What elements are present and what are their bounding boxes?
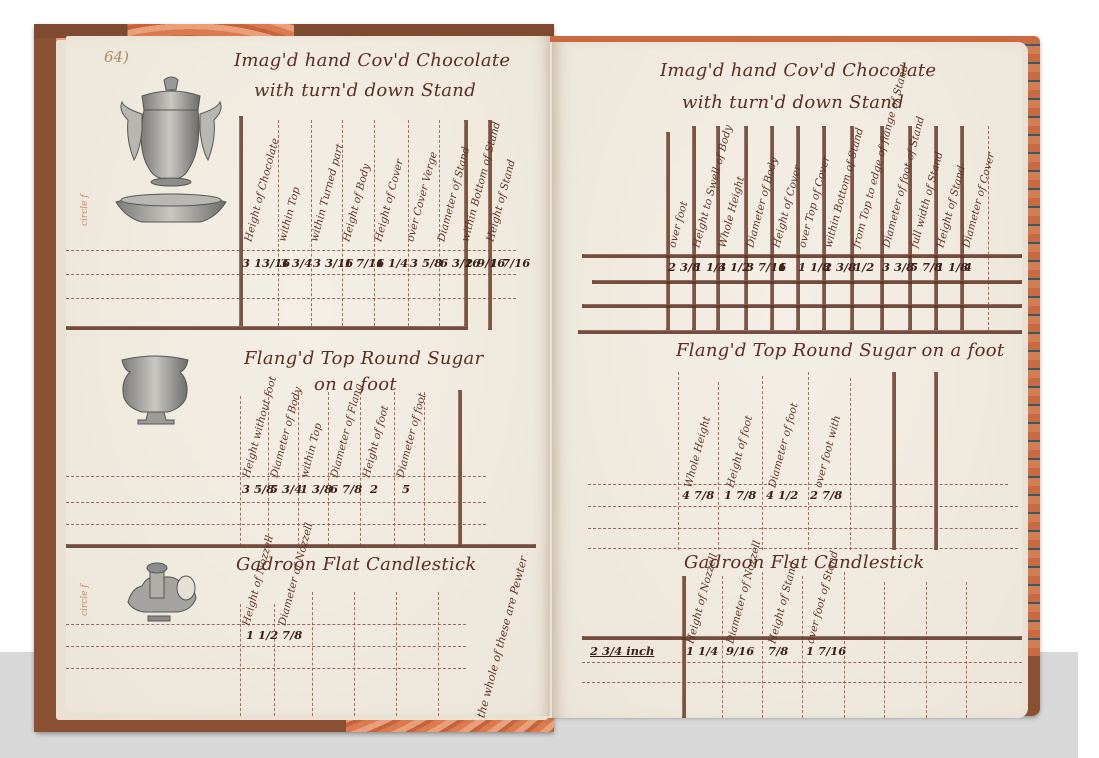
section-subtitle: with turn'd down Stand — [254, 80, 476, 101]
column-header: Height of Chocolate — [243, 137, 281, 243]
measurement-value: 5 3/4 — [270, 482, 302, 496]
measurement-value: 2 7/8 — [810, 488, 842, 502]
grid-line — [762, 376, 763, 550]
section-subtitle: with turn'd down Stand — [682, 92, 904, 113]
left-page: 64) circle f circle f Imag'd hand Cov'd … — [66, 36, 550, 716]
measurement-value: 4 — [964, 260, 972, 274]
grid-line — [678, 372, 679, 550]
column-header: within Top — [277, 186, 302, 243]
rule-line — [66, 250, 516, 251]
grid-line — [360, 392, 361, 546]
rule-line — [582, 304, 1022, 308]
rule-line — [588, 484, 1008, 485]
rule-line — [66, 274, 516, 275]
grid-line — [312, 592, 313, 716]
column-header: Height of Nozzell — [241, 534, 276, 627]
margin-note: circle f — [80, 584, 90, 616]
measurement-value: 3 3/4 — [280, 256, 312, 270]
rule-line — [588, 528, 1018, 529]
grid-line — [374, 120, 375, 326]
measurement-value: 1 7/8 — [724, 488, 756, 502]
grid-line — [298, 392, 299, 546]
measurement-value: 1 3/8 — [300, 482, 332, 496]
grid-line — [802, 576, 803, 718]
grid-line — [394, 392, 395, 546]
column-header: Whole Height — [683, 415, 713, 489]
rule-line — [66, 502, 486, 503]
grid-line — [722, 576, 723, 718]
rule-line — [66, 524, 486, 525]
side-note: the whole of these are Pewter — [475, 555, 529, 719]
grid-line — [328, 392, 329, 546]
measurement-value: 1/2 — [854, 260, 874, 274]
measurement-value: 2 3/8 — [824, 260, 856, 274]
row-label: 2 3/4 inch — [590, 644, 654, 658]
grid-line — [424, 392, 425, 546]
measurement-value: 3 5/8 — [410, 256, 442, 270]
rule-line — [582, 636, 1022, 640]
measurement-value: 7/8 — [282, 628, 302, 642]
column-header: within Top — [299, 422, 324, 479]
grid-line — [850, 378, 851, 550]
sugar-bowl-illustration — [116, 354, 196, 428]
column-header: over Cover Verge — [405, 151, 440, 243]
grid-line — [796, 126, 800, 330]
grid-line — [396, 592, 397, 716]
grid-line — [960, 126, 964, 330]
measurement-value: 2 — [370, 482, 378, 496]
grid-line — [458, 390, 462, 546]
grid-line — [718, 382, 719, 550]
grid-line — [239, 116, 243, 326]
column-header: over foot — [667, 200, 690, 249]
rule-line — [66, 298, 516, 299]
grid-line — [762, 572, 763, 718]
section-title: Gadroon Flat Candlestick — [236, 554, 477, 575]
measurement-value: 4 1/2 — [766, 488, 798, 502]
margin-note: circle f — [80, 194, 90, 226]
column-header: Diameter of foot — [767, 402, 800, 489]
grid-line — [884, 582, 885, 718]
measurement-value: 1 7/16 — [806, 644, 846, 658]
section-title: Flang'd Top Round Sugar — [244, 348, 483, 369]
rule-line — [582, 662, 1022, 663]
measurement-value: 1 — [778, 260, 786, 274]
column-header: Whole Height — [717, 175, 747, 249]
grid-line — [966, 582, 967, 718]
left-leather-edge — [34, 24, 56, 732]
measurement-value: 1 1/2 — [246, 628, 278, 642]
column-header: Height of foot — [361, 405, 391, 479]
grid-line — [934, 372, 938, 550]
column-header: Height of foot — [725, 415, 755, 489]
rule-line — [66, 646, 466, 647]
measurement-value: 9/16 — [726, 644, 754, 658]
section-title: Flang'd Top Round Sugar on a foot — [676, 340, 1004, 361]
grid-line — [354, 592, 355, 716]
column-header: Height of Stand — [767, 561, 799, 645]
column-header: within Turned part — [309, 143, 346, 243]
rule-line — [66, 624, 466, 625]
rule-line — [592, 280, 1022, 284]
column-header: Height of Body — [341, 163, 372, 243]
rule-line — [66, 326, 468, 330]
column-header: Diameter of Cover — [961, 151, 997, 249]
section-title: Gadroon Flat Candlestick — [684, 552, 925, 573]
measurement-value: 1 1/4 — [686, 644, 718, 658]
rule-line — [66, 668, 466, 669]
section-title: Imag'd hand Cov'd Chocolate — [234, 50, 510, 71]
measurement-value: 7/8 — [768, 644, 788, 658]
right-page: Imag'd hand Cov'd Chocolate with turn'd … — [552, 42, 1022, 718]
rule-line — [582, 254, 1022, 258]
candlestick-illustration — [124, 562, 204, 626]
measurement-value: 4 7/8 — [682, 488, 714, 502]
column-header: over foot with — [813, 414, 843, 489]
measurement-value: 6 7/8 — [330, 482, 362, 496]
measurement-value: 1 1/4 — [376, 256, 408, 270]
column-header: Height of Cover — [373, 158, 406, 243]
rule-line — [578, 330, 1022, 334]
grid-line — [438, 592, 439, 716]
grid-line — [744, 126, 748, 330]
chocolate-pot-illustration — [106, 74, 236, 234]
grid-line — [926, 582, 927, 718]
grid-line — [808, 372, 809, 550]
page-number: 64) — [104, 48, 129, 66]
rule-line — [588, 506, 1018, 507]
measurement-value: 1 7/16 — [490, 256, 530, 270]
grid-line — [892, 372, 896, 550]
rule-line — [588, 548, 1018, 549]
measurement-value: 5 — [402, 482, 410, 496]
grid-line — [274, 604, 275, 716]
rule-line — [582, 682, 1022, 683]
